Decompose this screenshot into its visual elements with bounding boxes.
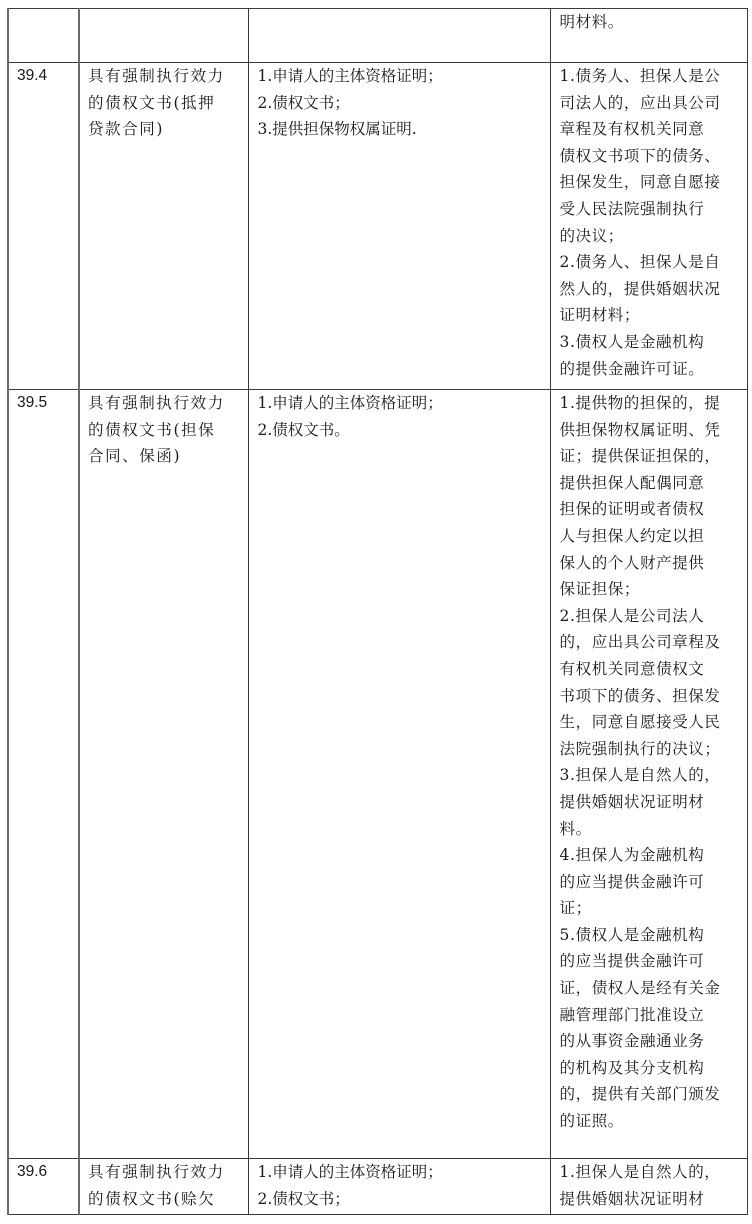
note-line: 2.债务人、担保人是自 xyxy=(560,249,741,276)
material-line: 1.申请人的主体资格证明； xyxy=(258,63,550,90)
note-line: 证，债权人是经有关金 xyxy=(560,975,741,1002)
note-line: 料。 xyxy=(560,816,741,843)
note-line: 明材料。 xyxy=(560,9,741,36)
note-line: 司法人的，应出具公司 xyxy=(560,90,741,117)
table-row: 39.4 具有强制执行效力 的债权文书(抵押 贷款合同) 1.申请人的主体资格证… xyxy=(8,63,747,390)
document-type-line: 的债权文书(抵押 xyxy=(88,90,242,117)
material-line: 2.债权文书。 xyxy=(258,417,550,444)
material-line: 3.提供担保物权属证明. xyxy=(258,116,550,143)
document-page: 明材料。 39.4 具有强制执行效力 的债权文书(抵押 贷款合同) 1.申请人的… xyxy=(7,8,746,1215)
table-row: 明材料。 xyxy=(8,9,747,63)
document-type-cell: 具有强制执行效力 的债权文书(赊欠 xyxy=(79,1159,248,1215)
note-line: 的应当提供金融许可 xyxy=(560,869,741,896)
material-line: 1.申请人的主体资格证明； xyxy=(258,1159,550,1186)
item-number: 39.4 xyxy=(17,67,47,84)
document-type-cell xyxy=(79,9,248,63)
note-line: 提供婚姻状况证明材 xyxy=(560,789,741,816)
note-line: 证明材料； xyxy=(560,302,741,329)
item-number-cell: 39.6 xyxy=(8,1159,79,1215)
item-number: 39.5 xyxy=(17,394,47,411)
note-line: 然人的，提供婚姻状况 xyxy=(560,276,741,303)
materials-cell: 1.申请人的主体资格证明； 2.债权文书； 3.提供担保物权属证明. xyxy=(248,63,550,390)
note-line: 的提供金融许可证。 xyxy=(560,356,741,383)
materials-cell: 1.申请人的主体资格证明； 2.债权文书； xyxy=(248,1159,550,1215)
note-line: 的应当提供金融许可 xyxy=(560,948,741,975)
note-line: 受人民法院强制执行 xyxy=(560,196,741,223)
table-row: 39.5 具有强制执行效力 的债权文书(担保 合同、保函) 1.申请人的主体资格… xyxy=(8,390,747,1159)
document-type-line: 的债权文书(赊欠 xyxy=(88,1186,242,1213)
note-line: 担保的证明或者债权 xyxy=(560,496,741,523)
note-line: 融管理部门批准设立 xyxy=(560,1002,741,1029)
requirements-table: 明材料。 39.4 具有强制执行效力 的债权文书(抵押 贷款合同) 1.申请人的… xyxy=(7,8,748,1215)
notes-cell: 1.提供物的担保的，提 供担保物权属证明、凭 证；提供保证担保的， 提供担保人配… xyxy=(550,390,747,1159)
materials-cell: 1.申请人的主体资格证明； 2.债权文书。 xyxy=(248,390,550,1159)
note-line: 担保发生，同意自愿接 xyxy=(560,169,741,196)
materials-cell xyxy=(248,9,550,63)
note-line: 的，应出具公司章程及 xyxy=(560,629,741,656)
material-line: 1.申请人的主体资格证明； xyxy=(258,390,550,417)
item-number: 39.6 xyxy=(17,1163,47,1180)
item-number-cell: 39.5 xyxy=(8,390,79,1159)
item-number-cell: 39.4 xyxy=(8,63,79,390)
note-line: 3.债权人是金融机构 xyxy=(560,329,741,356)
notes-cell: 1.债务人、担保人是公 司法人的，应出具公司 章程及有权机关同意 债权文书项下的… xyxy=(550,63,747,390)
note-line: 1.提供物的担保的，提 xyxy=(560,390,741,417)
note-line: 5.债权人是金融机构 xyxy=(560,922,741,949)
document-type-line: 具有强制执行效力 xyxy=(88,1159,242,1186)
note-line: 的决议； xyxy=(560,223,741,250)
note-line: 证；提供保证担保的， xyxy=(560,443,741,470)
document-type-line: 的债权文书(担保 xyxy=(88,417,242,444)
note-line: 提供担保人配偶同意 xyxy=(560,470,741,497)
document-type-line: 具有强制执行效力 xyxy=(88,63,242,90)
note-line: 1.担保人是自然人的， xyxy=(560,1159,741,1186)
table-row: 39.6 具有强制执行效力 的债权文书(赊欠 1.申请人的主体资格证明； 2.债… xyxy=(8,1159,747,1215)
item-number-cell xyxy=(8,9,79,63)
document-type-line: 贷款合同) xyxy=(88,116,242,143)
note-line: 法院强制执行的决议； xyxy=(560,736,741,763)
notes-cell: 1.担保人是自然人的， 提供婚姻状况证明材 xyxy=(550,1159,747,1215)
document-type-line: 合同、保函) xyxy=(88,443,242,470)
note-line: 提供婚姻状况证明材 xyxy=(560,1186,741,1213)
note-line: 的机构及其分支机构 xyxy=(560,1055,741,1082)
note-line: 3.担保人是自然人的， xyxy=(560,762,741,789)
note-line: 4.担保人为金融机构 xyxy=(560,842,741,869)
note-line: 2.担保人是公司法人 xyxy=(560,603,741,630)
note-line: 的，提供有关部门颁发 xyxy=(560,1081,741,1108)
note-line: 生，同意自愿接受人民 xyxy=(560,709,741,736)
note-line: 有权机关同意债权文 xyxy=(560,656,741,683)
document-type-cell: 具有强制执行效力 的债权文书(担保 合同、保函) xyxy=(79,390,248,1159)
note-line: 证； xyxy=(560,895,741,922)
document-type-line: 具有强制执行效力 xyxy=(88,390,242,417)
note-line: 保人的个人财产提供 xyxy=(560,550,741,577)
note-line: 的从事资金融通业务 xyxy=(560,1028,741,1055)
document-type-cell: 具有强制执行效力 的债权文书(抵押 贷款合同) xyxy=(79,63,248,390)
note-line: 的证照。 xyxy=(560,1108,741,1135)
note-line: 章程及有权机关同意 xyxy=(560,116,741,143)
notes-cell: 明材料。 xyxy=(550,9,747,63)
material-line: 2.债权文书； xyxy=(258,1186,550,1213)
note-line: 保证担保； xyxy=(560,576,741,603)
note-line: 1.债务人、担保人是公 xyxy=(560,63,741,90)
note-line: 人与担保人约定以担 xyxy=(560,523,741,550)
note-line: 书项下的债务、担保发 xyxy=(560,683,741,710)
material-line: 2.债权文书； xyxy=(258,90,550,117)
note-line: 供担保物权属证明、凭 xyxy=(560,417,741,444)
note-line: 债权文书项下的债务、 xyxy=(560,143,741,170)
